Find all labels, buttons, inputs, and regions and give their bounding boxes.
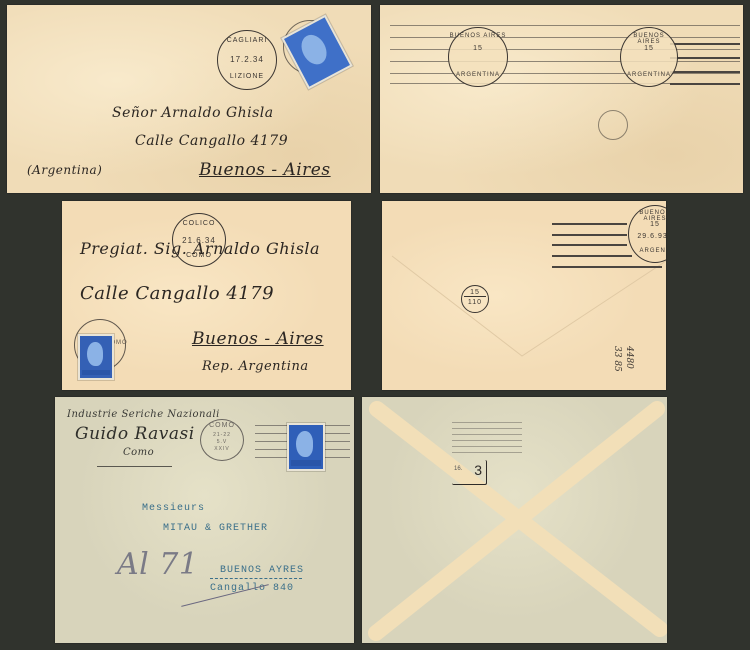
address-line-2: Calle Cangallo 4179 xyxy=(80,283,274,304)
typed-address-line-2: MITAU & GRETHER xyxy=(163,523,268,534)
boxed-mark-number: 3 xyxy=(474,462,482,478)
address-line-2: Calle Cangallo 4179 xyxy=(135,133,288,149)
backstamp-town: BUENOS AIRES xyxy=(621,33,677,45)
letterhead-line-1: Industrie Seriche Nazionali xyxy=(67,409,220,420)
cover-4-back: BUENOS AIRES 15 29.6.934 ARGENT 15 110 4… xyxy=(382,201,666,390)
address-country: (Argentina) xyxy=(27,163,102,177)
cover-6-back: 16. 3 xyxy=(362,397,667,643)
cover-1-front: CAGLIARI 17.2.34 LIZIONE Señor Arnaldo G… xyxy=(7,5,371,193)
address-country: Rep. Argentina xyxy=(202,359,309,374)
round-transit-stamp: 15 110 xyxy=(461,285,489,313)
stamp-label xyxy=(291,460,321,466)
backstamp-town: BUENOS AIRES xyxy=(449,33,507,39)
address-line-3: Buenos - Aires xyxy=(192,329,324,349)
round-stamp-bottom: 110 xyxy=(462,299,488,306)
cover-2-back: BUENOS AIRES 15 ARGENTINA BUENOS AIRES 1… xyxy=(380,5,743,193)
backstamp-number: 15 xyxy=(629,221,666,228)
cancel-line xyxy=(390,61,740,62)
backstamp-number: 15 xyxy=(449,45,507,52)
backstamp-country: ARGENTINA xyxy=(449,72,507,78)
postmark-town: COMO xyxy=(201,422,243,429)
wavy-cancel-line xyxy=(452,440,522,441)
backstamp-number: 15 xyxy=(621,45,677,52)
wavy-cancel-line xyxy=(452,422,522,423)
round-stamp-top: 15 xyxy=(464,289,486,297)
cancel-line-heavy xyxy=(670,71,740,73)
postmark-date: 5.V xyxy=(201,439,243,445)
cancel-line xyxy=(552,255,632,257)
faint-round-stamp xyxy=(598,110,628,140)
cancel-line-heavy xyxy=(670,43,740,45)
backstamp-date: 29.6.934 xyxy=(629,233,666,240)
cancel-line-heavy xyxy=(670,57,740,59)
boxed-mark: 16. 3 xyxy=(452,460,487,485)
stamp-portrait xyxy=(296,30,331,68)
cagliari-postmark: CAGLIARI 17.2.34 LIZIONE xyxy=(217,30,277,90)
cancel-line xyxy=(390,49,740,50)
backstamp-country: ARGENTINA xyxy=(621,72,677,78)
postmark-year: XXIV xyxy=(201,446,243,452)
cancel-line xyxy=(390,73,740,74)
cancel-line xyxy=(552,244,627,246)
address-line-3: Buenos - Aires xyxy=(199,160,331,180)
cancel-line xyxy=(552,223,627,225)
cover-3-front: COLICO 21.6.34 COMO COMO Pregiat. Sig. A… xyxy=(62,201,351,390)
pencil-note-1: 4480 xyxy=(624,346,634,369)
postmark-date: 17.2.34 xyxy=(218,55,276,64)
wavy-cancel-line xyxy=(452,428,522,429)
stamp-portrait xyxy=(296,431,313,457)
como-postmark: COMO 21-22 5.V XXIV xyxy=(200,419,244,461)
cancel-line xyxy=(552,234,627,236)
wavy-cancel-line xyxy=(452,446,522,447)
stamp-label xyxy=(82,370,110,376)
cover-5-front: Industrie Seriche Nazionali Guido Ravasi… xyxy=(55,397,354,643)
letterhead-rule xyxy=(97,466,172,467)
backstamp-country: ARGENT xyxy=(629,248,666,254)
wavy-cancel-line xyxy=(452,452,522,453)
letterhead-line-3: Como xyxy=(123,447,154,458)
blue-stamp xyxy=(287,423,325,471)
cancel-line-heavy xyxy=(670,83,740,85)
blue-stamp xyxy=(78,334,114,380)
boxed-mark-prefix: 16. xyxy=(454,466,462,472)
stamp-portrait xyxy=(87,342,103,366)
wavy-cancel-line xyxy=(452,434,522,435)
letterhead-line-2: Guido Ravasi xyxy=(75,424,195,444)
buenos-aires-backstamp: BUENOS AIRES 15 ARGENTINA xyxy=(448,27,508,87)
postmark-time: 21-22 xyxy=(201,432,243,438)
cancel-line xyxy=(390,25,740,26)
cancel-line xyxy=(552,266,662,268)
address-line-1: Pregiat. Sig. Arnaldo Ghisla xyxy=(80,239,320,258)
postmark-town: CAGLIARI xyxy=(218,37,276,44)
buenos-aires-backstamp-2: BUENOS AIRES 15 ARGENTINA xyxy=(620,27,678,87)
pencil-note: Al 71 xyxy=(117,547,198,582)
cancel-line xyxy=(390,37,740,38)
address-line-1: Señor Arnaldo Ghisla xyxy=(112,105,274,121)
pencil-note-2: 33 85 xyxy=(612,346,622,372)
typed-address-line-3: BUENOS AYRES xyxy=(220,565,304,576)
postmark-sub: LIZIONE xyxy=(218,73,276,80)
typed-underline xyxy=(210,578,302,579)
typed-address-line-1: Messieurs xyxy=(142,503,205,514)
postmark-town: COLICO xyxy=(173,220,225,227)
